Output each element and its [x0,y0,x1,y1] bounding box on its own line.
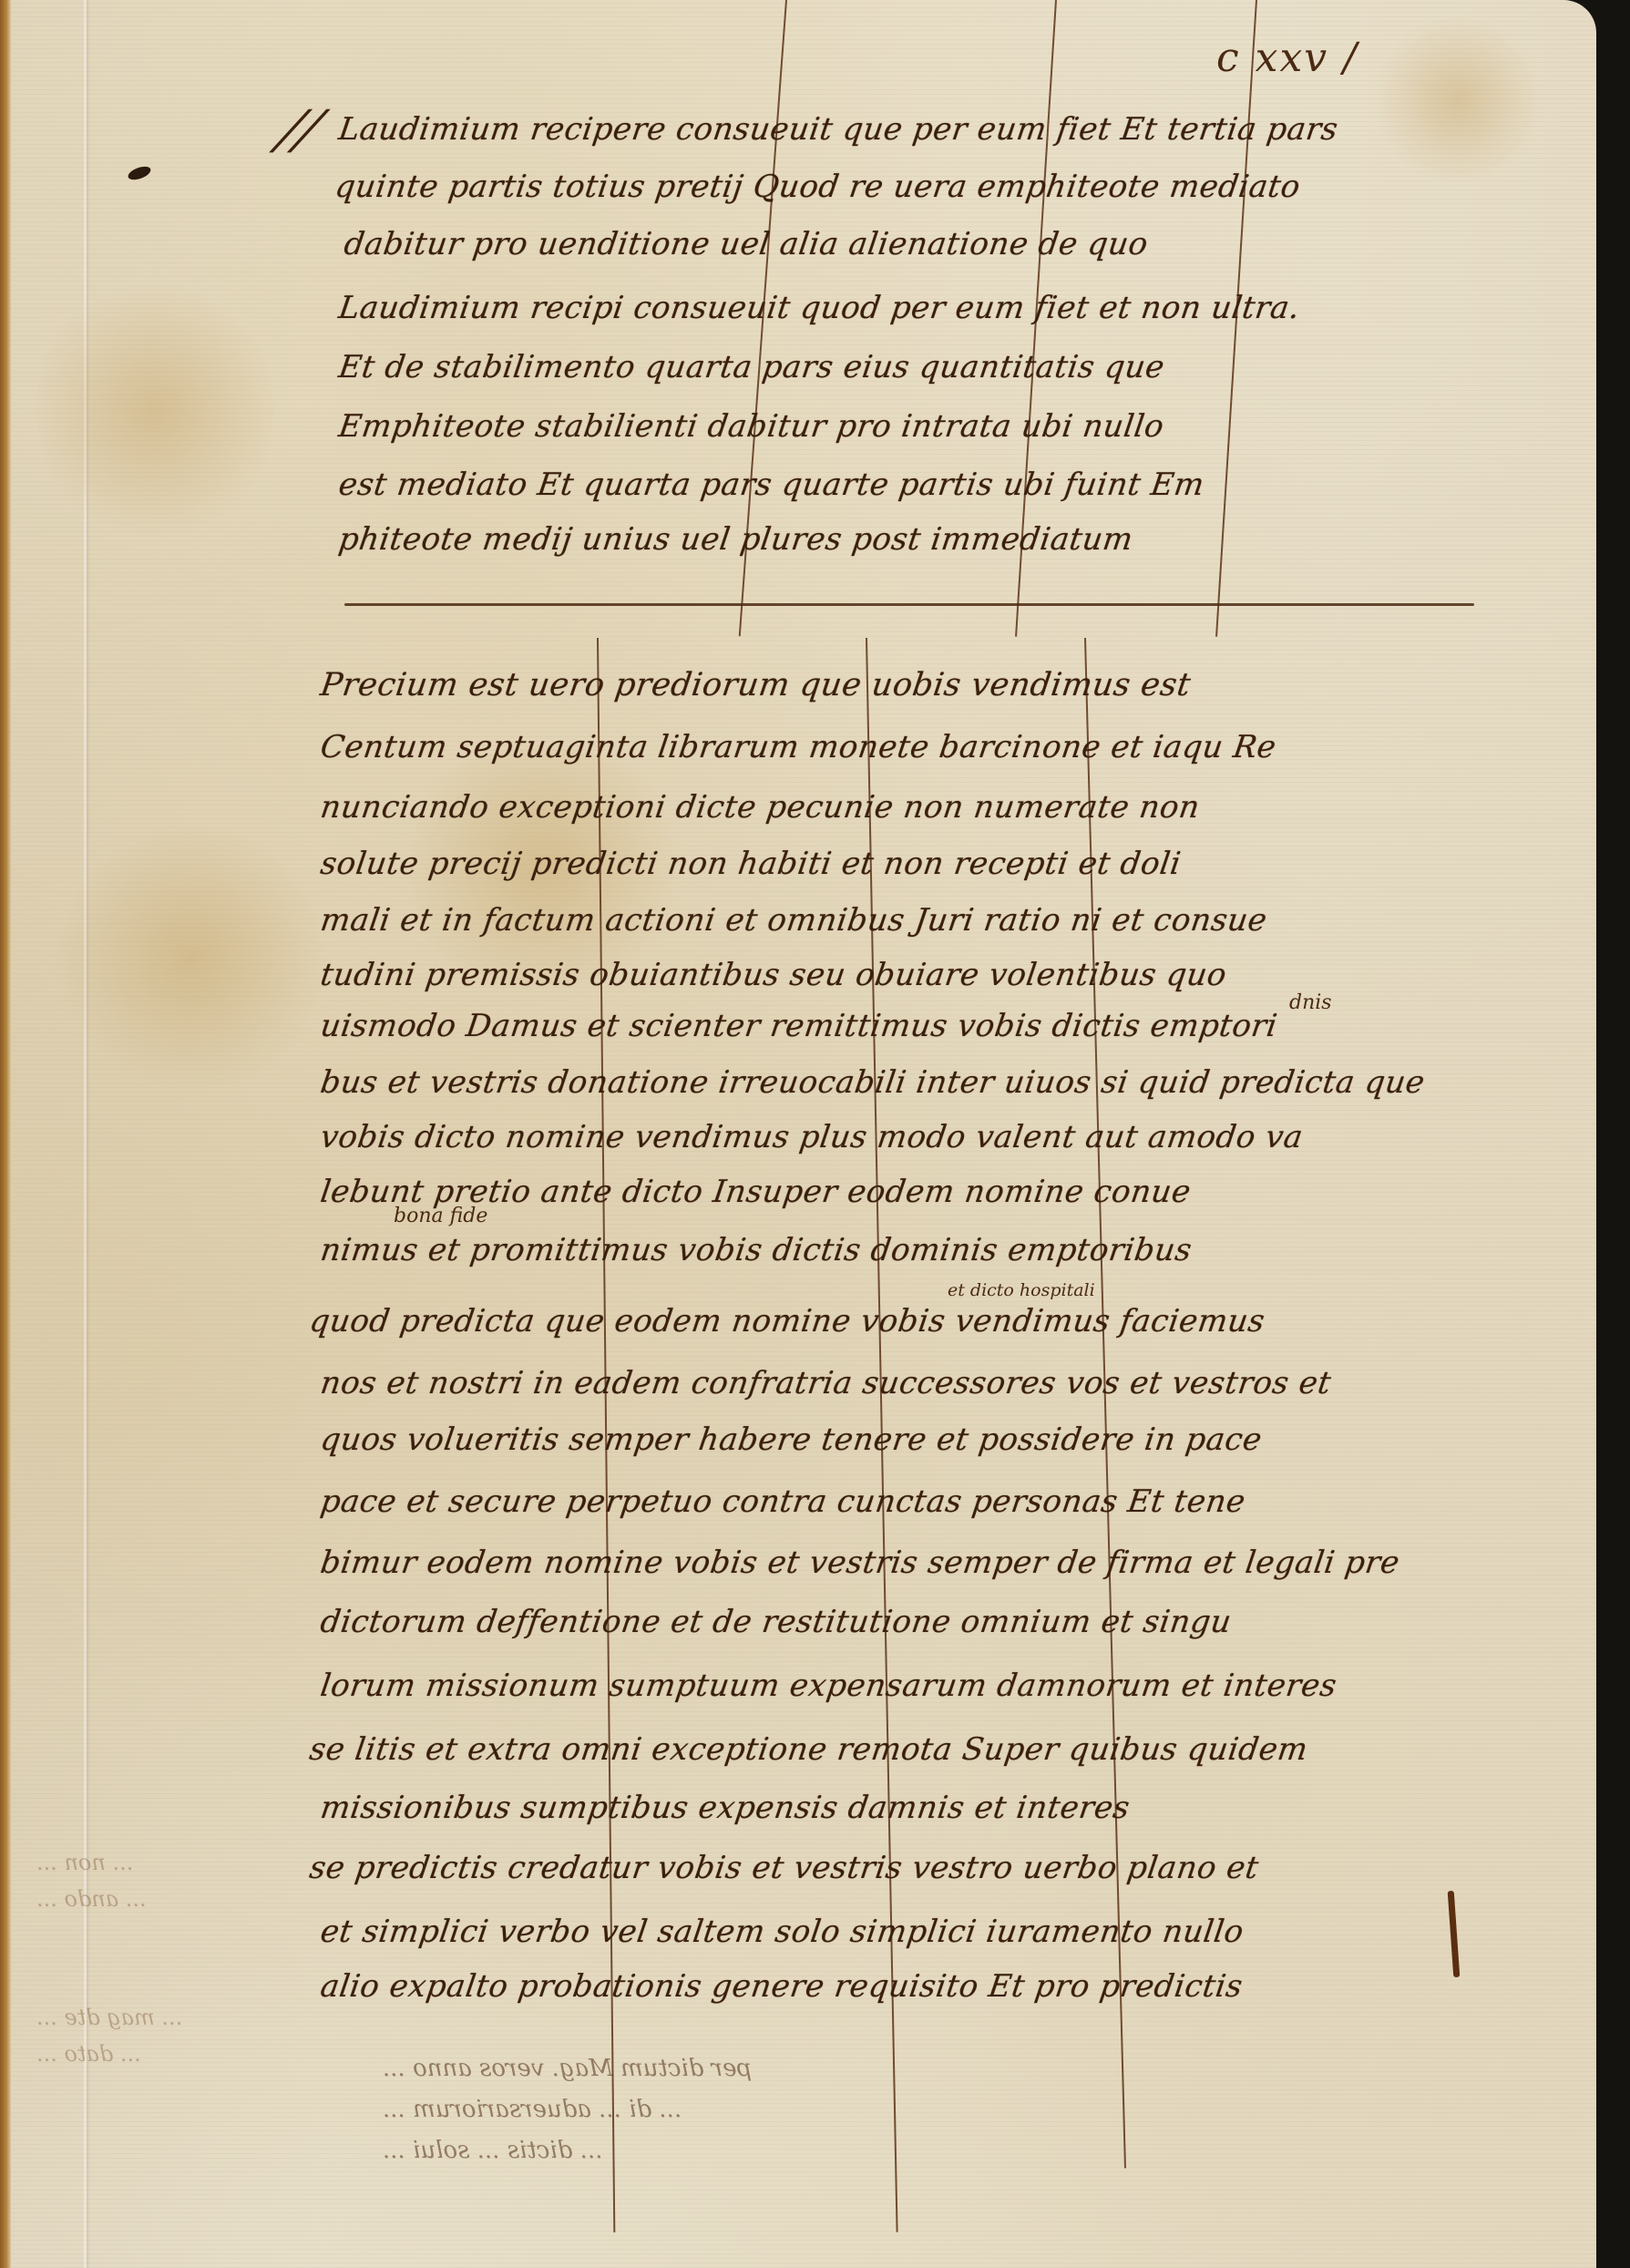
text-line: bimur eodem nomine vobis et vestris semp… [318,1544,1402,1581]
text-line: phiteote medij unius uel plures post imm… [336,521,1135,558]
bleed-text: ... di ... aduersariorum ... [383,2096,682,2123]
text-line: Laudimium recipi consueuit quod per eum … [336,290,1302,326]
text-line: dictorum deffentione et de restitutione … [318,1604,1234,1640]
paper-stain [55,820,328,1093]
bleed-text: ... dato ... [36,2041,141,2067]
text-line: quinte partis totius pretij Quod re uera… [333,169,1303,205]
text-line: missionibus sumptibus expensis damnis et… [318,1790,1132,1826]
text-line: Laudimium recipere consueuit que per eum… [336,111,1340,148]
text-line: lorum missionum sumptuum expensarum damn… [318,1668,1339,1704]
text-line: alio expalto probationis genere requisit… [318,1968,1245,2005]
bleed-text: ... mag dte ... [36,2005,182,2030]
bleed-text: ... dictis ... solui ... [383,2137,602,2164]
folio-number: c xxv / [1216,35,1358,81]
interlinear-note: et dicto hospitali [948,1280,1095,1300]
marginal-ink-mark [1448,1891,1461,1977]
text-line: Precium est uero prediorum que uobis ven… [318,667,1193,703]
text-line: mali et in factum actioni et omnibus Jur… [318,902,1269,939]
page-edge [0,0,11,2268]
text-line: tudini premissis obuiantibus seu obuiare… [318,957,1229,993]
manuscript-page: c xxv / // Laudimium recipere consueuit … [0,0,1596,2268]
text-line: bus et vestris donatione irreuocabili in… [318,1064,1427,1101]
paragraph-mark: // [270,98,331,160]
text-line: Et de stabilimento quarta pars eius quan… [336,349,1167,385]
text-line: uismodo Damus et scienter remittimus vob… [318,1008,1279,1044]
text-line: et simplici verbo vel saltem solo simpli… [318,1914,1246,1950]
bleed-text: per dictum Mag. veros anno ... [383,2055,752,2082]
text-line: se predictis credatur vobis et vestris v… [307,1850,1261,1886]
text-line: Centum septuaginta librarum monete barci… [318,729,1278,765]
text-line: pace et secure perpetuo contra cunctas p… [318,1483,1247,1520]
bleed-text: ... non ... [36,1850,133,1875]
paper-stain [36,273,273,547]
text-line: Emphiteote stabilienti dabitur pro intra… [336,408,1166,445]
text-line: solute precij predicti non habiti et non… [318,846,1184,882]
interlinear-note: dnis [1289,991,1332,1014]
text-line: dabitur pro uenditione uel alia alienati… [342,226,1150,262]
paper-stain [1367,18,1549,182]
bleed-text: ... ando ... [36,1886,147,1912]
interlinear-note: bona fide [394,1205,487,1227]
text-line: vobis dicto nomine vendimus plus modo va… [318,1119,1305,1155]
ink-blot [127,164,153,182]
text-line: quos volueritis semper habere tenere et … [318,1421,1264,1458]
section-divider [344,603,1474,606]
text-line: nimus et promittimus vobis dictis domini… [318,1232,1194,1268]
text-line: est mediato Et quarta pars quarte partis… [336,467,1206,503]
text-line: se litis et extra omni exceptione remota… [307,1731,1310,1768]
text-line: quod predicta que eodem nomine vobis ven… [307,1303,1267,1339]
text-line: nunciando exceptioni dicte pecunie non n… [318,789,1202,826]
text-line: nos et nostri in eadem confratria succes… [318,1365,1333,1401]
